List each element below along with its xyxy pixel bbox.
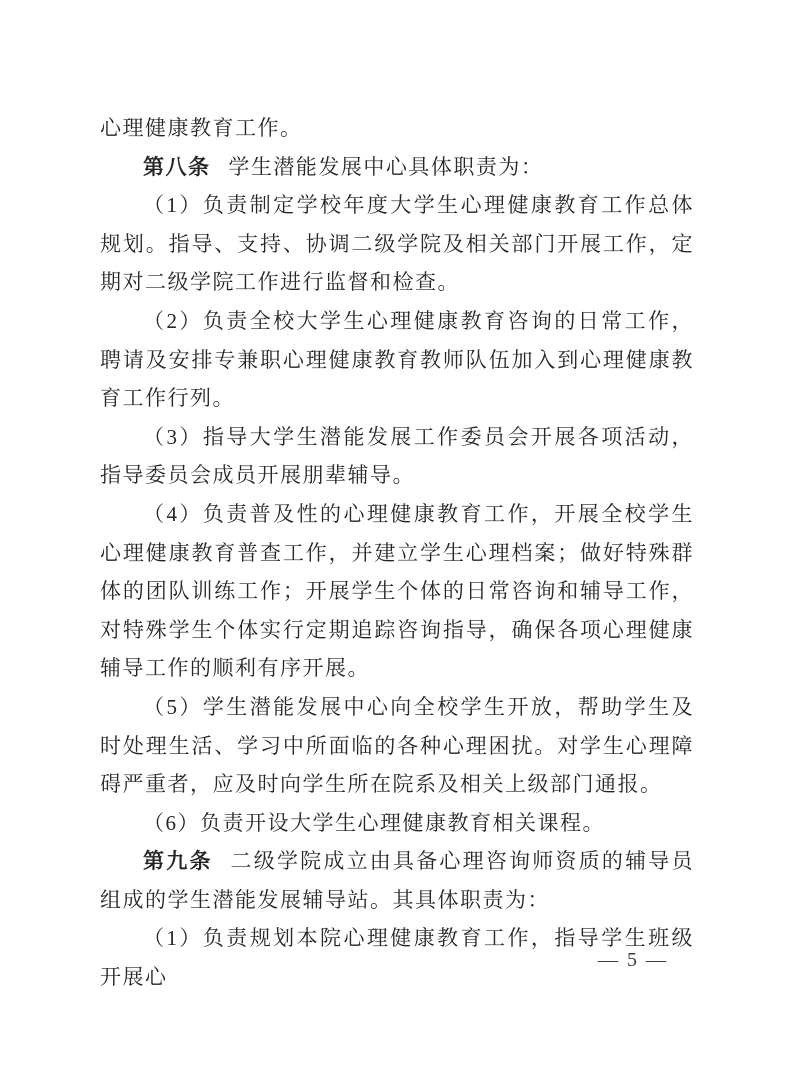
item-6-paragraph: （6）负责开设大学生心理健康教育相关课程。 xyxy=(100,804,694,843)
document-body: 心理健康教育工作。 第八条学生潜能发展中心具体职责为： （1）负责制定学校年度大… xyxy=(100,109,694,997)
article-8-term: 第八条 xyxy=(143,155,211,179)
document-page: 心理健康教育工作。 第八条学生潜能发展中心具体职责为： （1）负责制定学校年度大… xyxy=(0,0,794,1090)
article-9-paragraph: 第九条二级学院成立由具备心理咨询师资质的辅导员组成的学生潜能发展辅导站。其具体职… xyxy=(100,842,694,919)
item-3-paragraph: （3）指导大学生潜能发展工作委员会开展各项活动，指导委员会成员开展朋辈辅导。 xyxy=(100,418,694,495)
item-2-paragraph: （2）负责全校大学生心理健康教育咨询的日常工作，聘请及安排专兼职心理健康教育教师… xyxy=(100,302,694,418)
item-4-paragraph: （4）负责普及性的心理健康教育工作，开展全校学生心理健康教育普查工作，并建立学生… xyxy=(100,495,694,688)
item-5-paragraph: （5）学生潜能发展中心向全校学生开放，帮助学生及时处理生活、学习中所面临的各种心… xyxy=(100,688,694,804)
article-8-text: 学生潜能发展中心具体职责为： xyxy=(228,155,543,179)
paragraph-continuation: 心理健康教育工作。 xyxy=(100,109,694,148)
article-9-term: 第九条 xyxy=(143,849,213,873)
page-number: — 5 — xyxy=(598,949,668,972)
article-8-paragraph: 第八条学生潜能发展中心具体职责为： xyxy=(100,148,694,187)
item-1-paragraph: （1）负责制定学校年度大学生心理健康教育工作总体规划。指导、支持、协调二级学院及… xyxy=(100,186,694,302)
